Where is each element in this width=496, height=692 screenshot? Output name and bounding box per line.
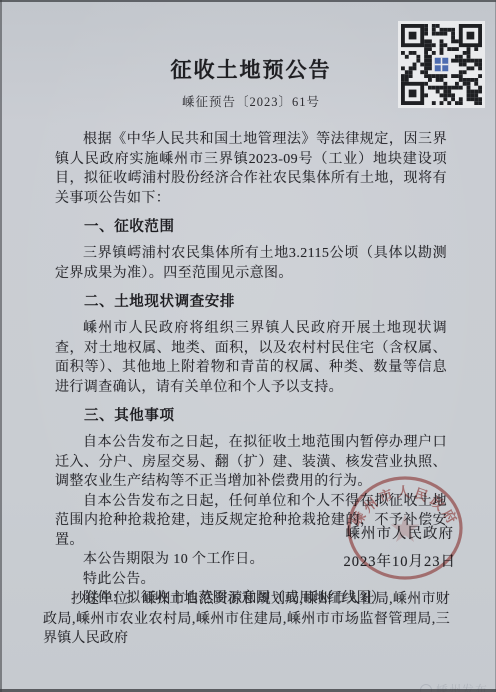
section-3-heading: 三、其他事项 [55, 406, 447, 426]
photo-edge-top [0, 0, 496, 2]
announcement-photo: 征收土地预公告 嵊征预告〔2023〕61号 根据《中华人民共和国土地管理法》等法… [0, 0, 496, 692]
section-2-paragraph: 嵊州市人民政府将组织三界镇人民政府开展土地现状调查，对土地权属、地类、面积，以及… [55, 319, 447, 397]
government-seal: 嵊州市人民政府 [339, 470, 471, 588]
qr-code-icon [401, 24, 482, 105]
cc-units: 抄送单位：嵊州市自然资源和规划局,嵊州市人社局,嵊州市财政局,嵊州市农业农村局,… [43, 590, 450, 649]
seal-star-icon [391, 514, 420, 542]
intro-paragraph: 根据《中华人民共和国土地管理法》等法律规定，因三界镇人民政府实施嵊州市三界镇20… [55, 130, 447, 208]
section-2-heading: 二、土地现状调查安排 [55, 292, 447, 312]
section-1-heading: 一、征收范围 [55, 217, 447, 237]
page-title: 征收土地预公告 [55, 54, 447, 84]
photo-edge-left [0, 0, 2, 692]
section-1-paragraph: 三界镇嶀浦村农民集体所有土地3.2115公顷（具体以勘测定界成果为准）。四至范围… [55, 244, 447, 283]
doc-number: 嵊征预告〔2023〕61号 [55, 92, 447, 110]
